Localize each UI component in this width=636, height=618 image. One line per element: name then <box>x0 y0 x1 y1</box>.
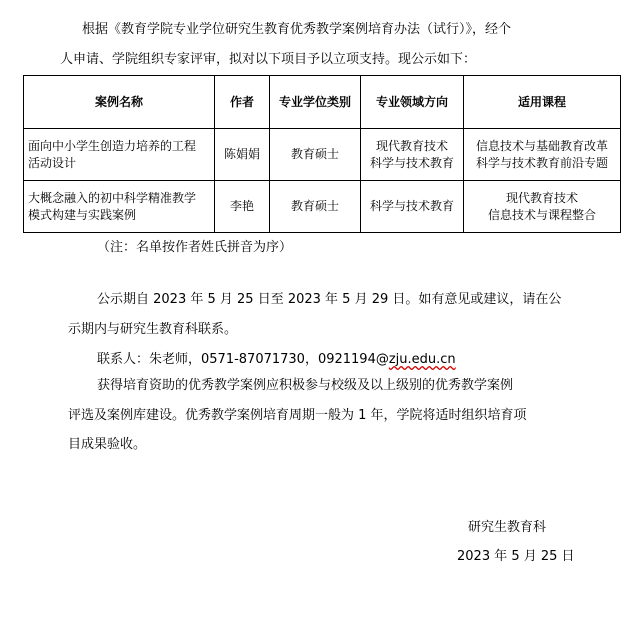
signature-office: 研究生教育科 <box>468 520 546 536</box>
table-header-row: 案例名称 作者 专业学位类别 专业领域方向 适用课程 <box>24 76 621 129</box>
funding-line-3: 目成果验收。 <box>68 437 146 453</box>
signature-date: 2023 年 5 月 25 日 <box>457 549 575 565</box>
contact-line: 联系人：朱老师，0571-87071730，0921194@zju.edu.cn <box>97 352 456 368</box>
case-name-cell: 面向中小学生创造力培养的工程 活动设计 <box>24 129 215 181</box>
courses-cell: 现代教育技术 信息技术与课程整合 <box>464 181 621 233</box>
field-cell: 现代教育技术 科学与技术教育 <box>361 129 464 181</box>
case-table: 案例名称 作者 专业学位类别 专业领域方向 适用课程 面向中小学生创造力培养的工… <box>23 75 621 233</box>
author-cell: 李艳 <box>215 181 270 233</box>
case-name-cell: 大概念融入的初中科学精准教学 模式构建与实践案例 <box>24 181 215 233</box>
degree-cell: 教育硕士 <box>270 181 361 233</box>
contact-text: 联系人：朱老师，0571-87071730，0921194@ <box>97 352 389 367</box>
funding-line-1: 获得培育资助的优秀教学案例应积极参与校级及以上级别的优秀教学案例 <box>97 378 513 394</box>
author-cell: 陈娟娟 <box>215 129 270 181</box>
funding-line-2: 评选及案例库建设。优秀教学案例培育周期一般为 1 年，学院将适时组织培育项 <box>68 408 527 424</box>
publicity-line-2: 示期内与研究生教育科联系。 <box>68 322 237 338</box>
header-author: 作者 <box>215 76 270 129</box>
publicity-line-1: 公示期自 2023 年 5 月 25 日至 2023 年 5 月 29 日。如有… <box>97 292 561 308</box>
header-courses: 适用课程 <box>464 76 621 129</box>
field-cell: 科学与技术教育 <box>361 181 464 233</box>
intro-line-1: 根据《教育学院专业学位研究生教育优秀教学案例培育办法（试行）》，经个 <box>82 22 511 38</box>
courses-cell: 信息技术与基础教育改革 科学与技术教育前沿专题 <box>464 129 621 181</box>
header-field-direction: 专业领域方向 <box>361 76 464 129</box>
header-case-name: 案例名称 <box>24 76 215 129</box>
table-row: 大概念融入的初中科学精准教学 模式构建与实践案例 李艳 教育硕士 科学与技术教育… <box>24 181 621 233</box>
table-row: 面向中小学生创造力培养的工程 活动设计 陈娟娟 教育硕士 现代教育技术 科学与技… <box>24 129 621 181</box>
degree-cell: 教育硕士 <box>270 129 361 181</box>
intro-line-2: 人申请、学院组织专家评审，拟对以下项目予以立项支持。现公示如下： <box>60 52 476 68</box>
email-domain: zju.edu.cn <box>389 352 456 367</box>
header-degree-type: 专业学位类别 <box>270 76 361 129</box>
ordering-note: （注：名单按作者姓氏拼音为序） <box>97 240 292 256</box>
